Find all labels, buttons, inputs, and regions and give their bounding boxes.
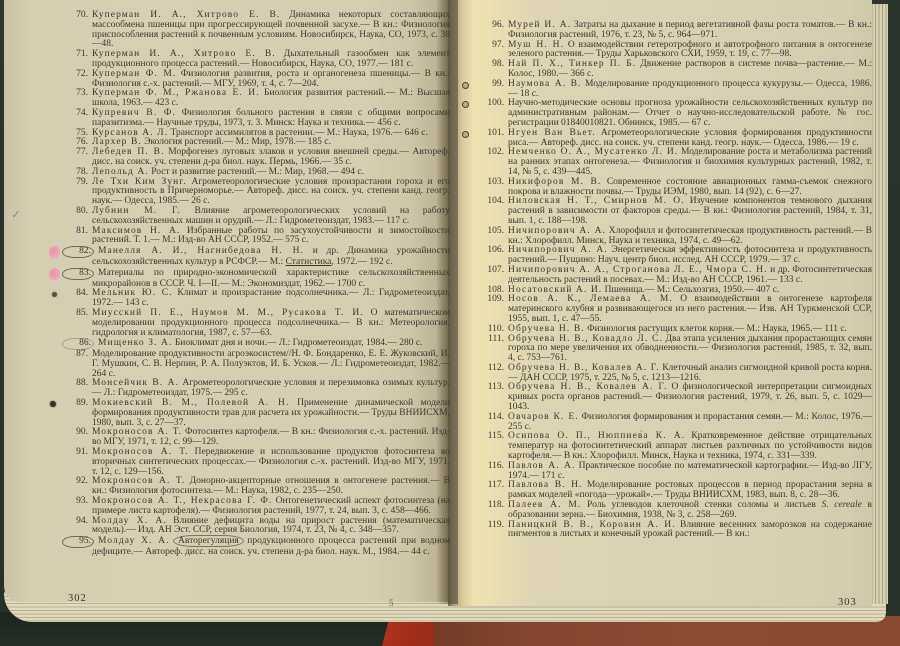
bib-entry: 117.Павлова В. Н. Моделирование ростовых… [474, 481, 872, 501]
entry-author: Най П. Х., Тинкер П. Б. [508, 59, 636, 69]
dot-annotation [50, 401, 56, 407]
entry-author: Манелля А. И., Нагнибедова Н. Н. [98, 246, 304, 256]
circle-annotation [462, 82, 469, 89]
entry-author: Павлов А. А. [508, 461, 575, 471]
paper-speck [540, 300, 542, 302]
bibliography-list-left: 70.Куперман И. А., Хитрово Е. В. Динамик… [62, 11, 450, 558]
bib-entry: 111.Обручева Н. В., Ковадло Л. С. Два эт… [474, 335, 872, 364]
entry-author: Ниловская Н. Т., Смирнов М. О. [508, 196, 685, 206]
circle-annotation [462, 131, 469, 138]
bib-entry: 119.Паницкий В. В., Коровин А. И. Влияни… [474, 521, 872, 541]
entry-number: 84. [62, 289, 88, 299]
entry-number: 90. [62, 428, 88, 438]
entry-number: 106. [474, 246, 504, 256]
entry-author: Лепольд А. [92, 167, 149, 177]
bib-entry: 109.Носов А. К., Лемаева А. М. О взаимод… [474, 295, 872, 324]
entry-author: Куперман И. А., Хитрово Е. В. [92, 49, 276, 59]
entry-number: 82. [62, 246, 94, 258]
entry-author: Ничипорович А. А. [508, 245, 608, 255]
bib-entry: 97.Муш Н. Н. О взаимодействии гетеротроф… [474, 41, 872, 61]
bib-entry: 99.Наумова А. В. Моделирование продукцио… [474, 80, 872, 100]
entry-number: 97. [474, 41, 504, 51]
entry-author: Мищенко З. А. [98, 338, 172, 348]
entry-author: Ничипорович А. А. [508, 226, 606, 236]
bib-entry: 85.Миусский П. Е., Наумов М. М., Русаков… [62, 309, 450, 338]
entry-number: 100. [474, 99, 504, 109]
entry-number: 103. [474, 178, 504, 188]
entry-number: 101. [474, 129, 504, 139]
bib-entry: 100.Научно-методические основы прогноза … [474, 99, 872, 128]
bib-entry: 94.Молдау Х. А. Влияние дефицита воды на… [62, 517, 450, 537]
entry-number: 93. [62, 497, 88, 507]
entry-author: Обручева Н. В., Ковалев А. Г. [508, 382, 668, 392]
bib-entry: 73.Куперман Ф. М., Ржанова Е. И. Биологи… [62, 89, 450, 109]
entry-author: Куперман И. А., Хитрово Е. В. [92, 10, 280, 20]
bib-entry: 116.Павлов А. А. Практическое пособие по… [474, 462, 872, 482]
entry-number: 104. [474, 197, 504, 207]
entry-text: S. cereale [821, 500, 861, 510]
entry-number: 117. [474, 481, 504, 491]
bibliography-list-right: 96.Мурей И. А. Затраты на дыхание в пери… [474, 21, 872, 540]
entry-author: Лархер В. [92, 137, 142, 147]
entry-author: Палеев А. М. [508, 500, 581, 510]
entry-number: 107. [474, 266, 504, 276]
entry-number: 77. [62, 148, 88, 158]
entry-author: Обручева Н. В., Ковадло Л. С. [508, 334, 663, 344]
entry-author: Муш Н. Н. [508, 40, 564, 50]
bib-entry: 83.Материалы по природно-экономической х… [62, 268, 450, 290]
bib-entry: 71.Куперман И. А., Хитрово Е. В. Дыхател… [62, 50, 450, 70]
entry-author: Купревич В. Ф. [92, 108, 176, 118]
bib-entry: 112.Обручева Н. В., Ковалев А. Г. Клеточ… [474, 364, 872, 384]
entry-author: Осипова О. П., Нюппиева К. А. [508, 431, 685, 441]
entry-author: Миусский П. Е., Наумов М. М., Русакова Т… [92, 308, 364, 318]
bib-entry: 106.Ничипорович А. А. Энергетическая эфф… [474, 246, 872, 266]
bib-entry: 95.Молдау Х. А. Авторегуляция продукцион… [62, 536, 450, 558]
bib-entry: 107.Ничипорович А. А., Строганова Л. Е.,… [474, 266, 872, 286]
entry-number: 95. [62, 536, 94, 548]
entry-author: Немченко О. А., Мусатенко Л. И. [508, 147, 678, 157]
entry-author: Нгуен Ван Вьет. [508, 128, 596, 138]
entry-number: 99. [474, 80, 504, 90]
entry-number: 113. [474, 383, 504, 393]
bib-entry: ✓80.Лубнин М. Г. Влияние агрометеорологи… [62, 207, 450, 227]
bib-entry: 91.Мокроносов А. Т. Передвижение и испол… [62, 448, 450, 477]
entry-author: Мокиевский В. М., Полевой А. Н. [92, 398, 290, 408]
bib-entry: 87.Моделирование продуктивности агроэкос… [62, 350, 450, 379]
entry-text: Статистика [286, 257, 332, 267]
entry-number: 116. [474, 462, 504, 472]
entry-text: , 1972.— 192 с. [331, 257, 392, 267]
bib-entry: 74.Купревич В. Ф. Физиология больного ра… [62, 109, 450, 129]
bib-entry: 89.Мокиевский В. М., Полевой А. Н. Приме… [62, 399, 450, 428]
entry-number: 80. [62, 207, 88, 217]
bib-entry: 98.Най П. Х., Тинкер П. Б. Движение раст… [474, 60, 872, 80]
entry-author: Мокроносов А. Т. [92, 427, 182, 437]
entry-number: 112. [474, 364, 504, 374]
entry-text: Экология растений.— М.: Мир, 1978.— 185 … [144, 137, 331, 147]
pink-highlight-mark [49, 268, 60, 281]
bib-entry: 82.Манелля А. И., Нагнибедова Н. Н. и др… [62, 246, 450, 268]
bib-entry: 102.Немченко О. А., Мусатенко Л. И. Моде… [474, 148, 872, 177]
entry-number: 109. [474, 295, 504, 305]
entry-text: Биоклимат дня и ночи.— Л.: Гидрометеоизд… [175, 338, 423, 348]
entry-number: 72. [62, 70, 88, 80]
stray-pencil-mark: 5 [389, 598, 394, 608]
bib-entry: 113.Обручева Н. В., Ковалев А. Г. О физи… [474, 383, 872, 412]
entry-number: 105. [474, 227, 504, 237]
entry-number: 96. [474, 21, 504, 31]
entry-text: Научно-методические основы прогноза урож… [508, 98, 872, 128]
entry-number: 102. [474, 148, 504, 158]
entry-number: 79. [62, 178, 88, 188]
entry-author: Овчаров К. Е. [508, 412, 579, 422]
bib-entry: 70.Куперман И. А., Хитрово Е. В. Динамик… [62, 11, 450, 50]
entry-author: Обручева Н. В. [508, 324, 585, 334]
entry-author: Ничипорович А. А., Строганова Л. Е., Чмо… [508, 265, 768, 275]
entry-number: 71. [62, 50, 88, 60]
entry-number: 91. [62, 448, 88, 458]
entry-author: Мокроносов А. Т. [92, 476, 185, 486]
entry-number: 87. [62, 350, 88, 360]
entry-number: 73. [62, 89, 88, 99]
entry-author: Мокроносов А. Т. [92, 447, 189, 457]
bib-entry: 103.Никифоров М. В. Современное состояни… [474, 178, 872, 198]
entry-number: 92. [62, 477, 88, 487]
bib-entry: 81.Максимов Н. А. Избранные работы по за… [62, 227, 450, 247]
entry-number: 98. [474, 60, 504, 70]
entry-author: Мокроносов А. Т., Некрасова Г. Ф. [92, 496, 272, 506]
entry-number: 111. [474, 335, 504, 345]
entry-author: Куперман Ф. М., Ржанова Е. И. [92, 88, 260, 98]
bib-entry: 92.Мокроносов А. Т. Донорно-акцепторные … [62, 477, 450, 497]
bib-entry: 72.Куперман Ф. М. Физиология развития, р… [62, 70, 450, 90]
entry-author: Молдау Х. А. [98, 536, 170, 546]
entry-author: Обручева Н. В., Ковалев А. Г. [508, 363, 660, 373]
bib-entry: 90.Мокроносов А. Т. Фотосинтез картофеля… [62, 428, 450, 448]
entry-number: 89. [62, 399, 88, 409]
page-number-left: 302 [68, 593, 87, 604]
entry-text: Физиология растущих клеток корня.— М.: Н… [587, 324, 847, 334]
bib-entry: 77.Лебедев П. В. Морфогенез луговых злак… [62, 148, 450, 168]
entry-author: Носов А. К., Лемаева А. М. [508, 294, 673, 304]
entry-number: 94. [62, 517, 88, 527]
entry-author: Никифоров М. В. [508, 177, 601, 187]
bib-entry: 118.Палеев А. М. Роль углеводов клеточно… [474, 501, 872, 521]
entry-text: Роль углеводов клеточной стенки соломы и… [587, 500, 821, 510]
paper-speck [210, 120, 213, 123]
page-number-right: 303 [838, 597, 857, 608]
entry-number: 88. [62, 379, 88, 389]
entry-number: 83. [62, 268, 94, 280]
entry-number: 70. [62, 11, 88, 21]
entry-author: Лебедев П. В. [92, 147, 165, 157]
bib-entry: 114.Овчаров К. Е. Физиология формировани… [474, 413, 872, 433]
entry-author: Монсейчик В. А. [92, 378, 179, 388]
bib-entry: 101.Нгуен Ван Вьет. Агрометеорологически… [474, 129, 872, 149]
bib-entry: 88.Монсейчик В. А. Агрометеорологические… [62, 379, 450, 399]
bib-entry: 104.Ниловская Н. Т., Смирнов М. О. Изуче… [474, 197, 872, 226]
entry-number: 114. [474, 413, 504, 423]
entry-number: 85. [62, 309, 88, 319]
entry-author: Павлова В. Н. [508, 480, 583, 490]
entry-text: Авторегуляция [173, 535, 244, 547]
bib-entry: 105.Ничипорович А. А. Хлорофилл и фотоси… [474, 227, 872, 247]
paper-speck [640, 430, 643, 432]
entry-number: 74. [62, 109, 88, 119]
bib-entry: 84.Мельник Ю. С. Климат и произрастание … [62, 289, 450, 309]
bib-entry: 96.Мурей И. А. Затраты на дыхание в пери… [474, 21, 872, 41]
entry-text: Материалы по природно-экономической хара… [92, 268, 450, 289]
entry-number: 119. [474, 521, 504, 531]
entry-text: Рост и развитие растений.— М.: Мир, 1968… [151, 167, 364, 177]
entry-number: 81. [62, 227, 88, 237]
entry-author: Мельник Ю. С. [92, 288, 173, 298]
entry-text: Моделирование продуктивности агроэкосист… [92, 349, 450, 379]
bib-entry: 93.Мокроносов А. Т., Некрасова Г. Ф. Онт… [62, 497, 450, 517]
entry-number: 115. [474, 432, 504, 442]
bib-entry: 79.Ле Тхи Ким Зунг. Агрометеорологически… [62, 178, 450, 207]
entry-author: Мурей И. А. [508, 20, 571, 30]
entry-author: Куперман Ф. М. [92, 69, 176, 79]
entry-author: Лубнин М. Г. [92, 206, 181, 216]
entry-number: 118. [474, 501, 504, 511]
entry-author: Наумова А. В. [508, 79, 582, 89]
book-scan: 70.Куперман И. А., Хитрово Е. В. Динамик… [0, 0, 900, 646]
bib-entry: 115.Осипова О. П., Нюппиева К. А. Кратко… [474, 432, 872, 461]
